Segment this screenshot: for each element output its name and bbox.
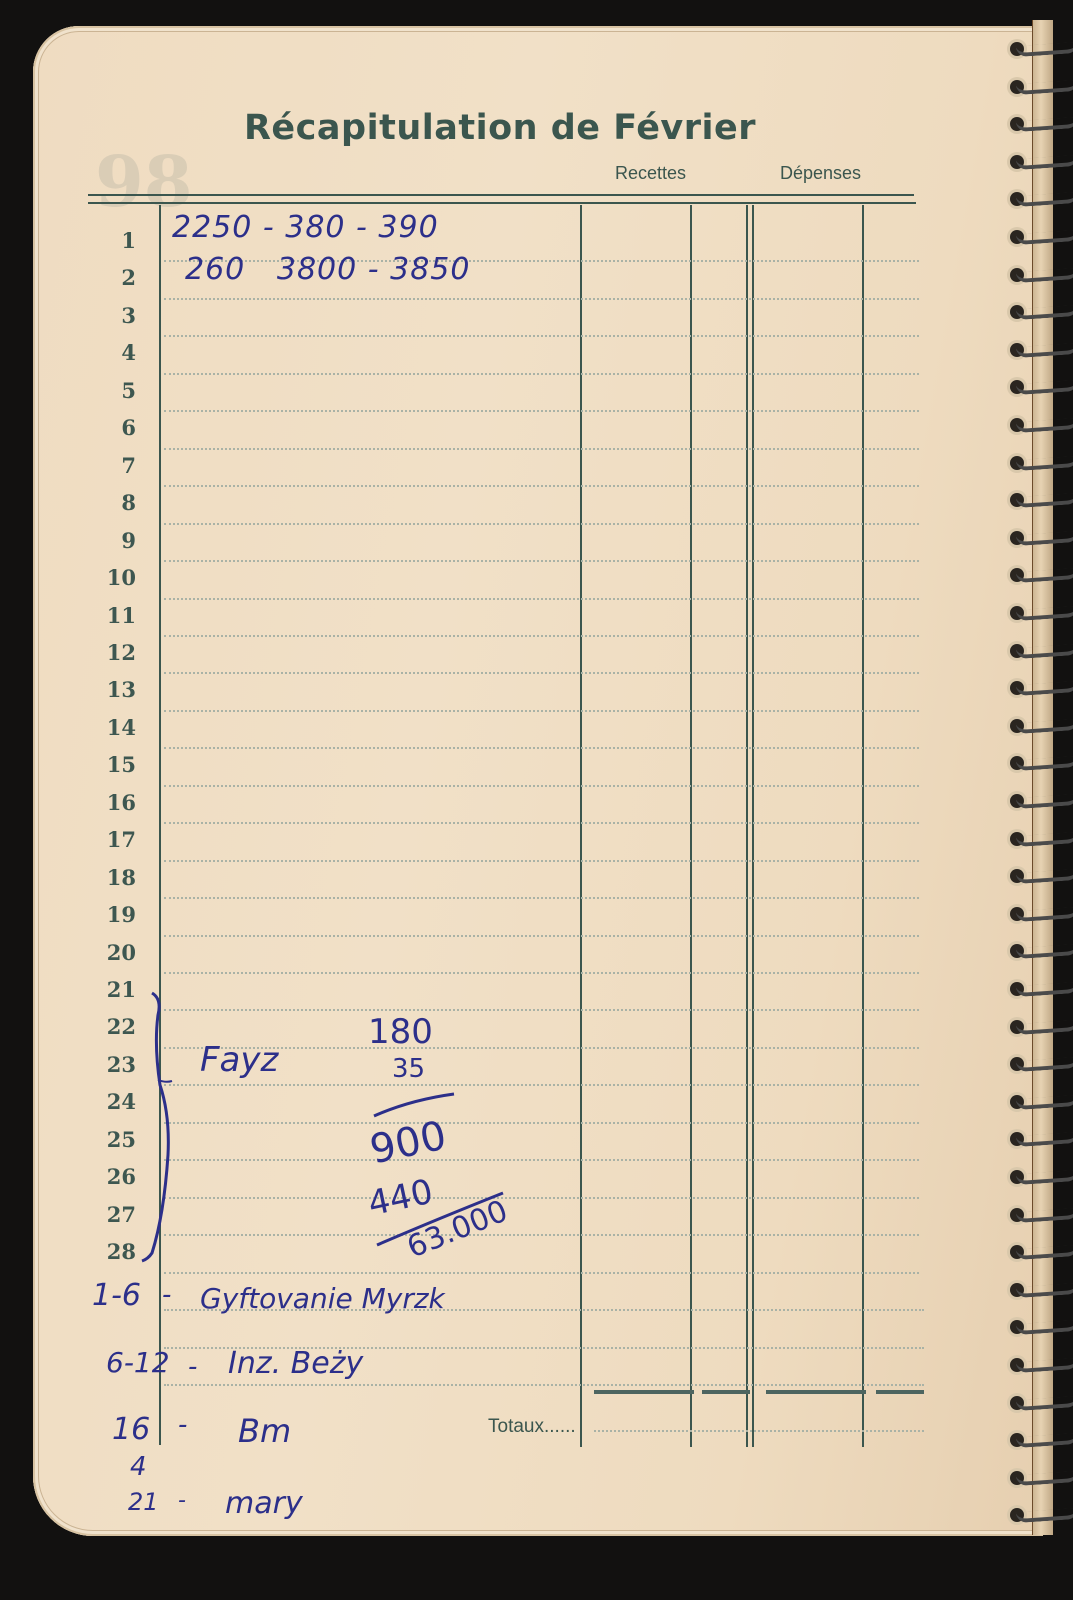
spiral-ring-icon <box>1010 456 1073 470</box>
spiral-ring-icon <box>1010 305 1073 319</box>
spiral-ring-icon <box>1010 155 1073 169</box>
totals-bar-depenses <box>766 1390 866 1394</box>
page-stack-edge <box>1032 20 1053 1535</box>
spiral-ring-icon <box>1010 944 1073 958</box>
column-divider-double-b <box>752 205 754 1447</box>
row-dotted-line <box>164 935 919 937</box>
spiral-ring-icon <box>1010 343 1073 357</box>
note-5-text: mary <box>225 1486 303 1521</box>
totals-bar-depenses-cents <box>876 1390 924 1394</box>
calc-underline-1 <box>370 1090 460 1120</box>
day-number: 21 <box>96 977 136 1002</box>
day-number: 16 <box>96 790 136 815</box>
row-dotted-line <box>164 1084 919 1086</box>
spiral-ring-icon <box>1010 1170 1073 1184</box>
spiral-ring-icon <box>1010 268 1073 282</box>
note-4-range: 4 <box>130 1452 147 1482</box>
day-number: 9 <box>96 528 136 553</box>
spiral-ring-icon <box>1010 418 1073 432</box>
spiral-ring-icon <box>1010 493 1073 507</box>
spiral-ring-icon <box>1010 982 1073 996</box>
row-dotted-line <box>164 1009 919 1011</box>
spiral-ring-icon <box>1010 1245 1073 1259</box>
calc-line-1: 180 <box>368 1012 433 1052</box>
spiral-ring-icon <box>1010 117 1073 131</box>
day-number: 13 <box>96 677 136 702</box>
day-number: 25 <box>96 1127 136 1152</box>
day-number: 8 <box>96 490 136 515</box>
day-number: 26 <box>96 1164 136 1189</box>
day-number: 27 <box>96 1202 136 1227</box>
row-dotted-line <box>164 635 919 637</box>
row-dotted-line <box>164 523 919 525</box>
row-dotted-line <box>164 598 919 600</box>
row-dotted-line <box>164 448 919 450</box>
spiral-ring-icon <box>1010 380 1073 394</box>
totals-dotted-line <box>594 1430 924 1432</box>
spiral-ring-icon <box>1010 1396 1073 1410</box>
handwritten-bracket <box>140 985 190 1265</box>
spiral-ring-icon <box>1010 1095 1073 1109</box>
note-1-text: Gyftovanie Myrzk <box>200 1282 445 1315</box>
day-number: 12 <box>96 640 136 665</box>
header-rule-bottom <box>88 202 916 204</box>
day-number: 24 <box>96 1089 136 1114</box>
day-number: 17 <box>96 827 136 852</box>
day-number: 20 <box>96 940 136 965</box>
spiral-ring-icon <box>1010 719 1073 733</box>
row-dotted-line <box>164 485 919 487</box>
day-number: 28 <box>96 1239 136 1264</box>
row-dotted-line <box>164 860 919 862</box>
spiral-ring-icon <box>1010 192 1073 206</box>
row-dotted-line <box>164 373 919 375</box>
spiral-ring-icon <box>1010 1283 1073 1297</box>
day-number: 22 <box>96 1014 136 1039</box>
note-1-range: 1-6 <box>92 1278 141 1313</box>
row-dotted-line <box>164 1122 919 1124</box>
note-1-dash: - <box>162 1280 171 1310</box>
column-divider-double-a <box>746 205 748 1447</box>
spiral-ring-icon <box>1010 907 1073 921</box>
day-number: 10 <box>96 565 136 590</box>
header-rule-top <box>88 194 914 196</box>
spiral-ring-icon <box>1010 681 1073 695</box>
spiral-ring-icon <box>1010 606 1073 620</box>
row-dotted-line <box>164 897 919 899</box>
spiral-ring-icon <box>1010 1020 1073 1034</box>
spiral-ring-icon <box>1010 531 1073 545</box>
note-3-dash: - <box>178 1410 187 1440</box>
note-2-range: 6-12 <box>106 1346 170 1379</box>
row-dotted-line <box>164 1234 919 1236</box>
day-number: 11 <box>96 603 136 628</box>
row-dotted-line <box>164 1272 919 1274</box>
row-dotted-line <box>164 672 919 674</box>
note-3-text: Bm <box>238 1412 291 1450</box>
spiral-ring-icon <box>1010 832 1073 846</box>
spiral-ring-icon <box>1010 756 1073 770</box>
totals-label: Totaux...... <box>488 1416 576 1438</box>
totals-bar-recettes-cents <box>702 1390 750 1394</box>
note-5-dash: - <box>178 1488 186 1513</box>
note-2-dash: - <box>188 1352 197 1382</box>
day-number: 23 <box>96 1052 136 1077</box>
handwritten-row-1: 2250 - 380 - 390 <box>172 210 439 245</box>
row-dotted-line <box>164 1159 919 1161</box>
day-number: 14 <box>96 715 136 740</box>
row-dotted-line <box>164 972 919 974</box>
day-number: 7 <box>96 453 136 478</box>
row-dotted-line <box>164 710 919 712</box>
spiral-ring-icon <box>1010 1320 1073 1334</box>
row-dotted-line <box>164 335 919 337</box>
spiral-ring-icon <box>1010 1132 1073 1146</box>
spiral-ring-icon <box>1010 1057 1073 1071</box>
note-2-text: Inz. Beży <box>228 1346 363 1381</box>
handwritten-row-2: 260 3800 - 3850 <box>185 252 470 287</box>
day-number: 15 <box>96 752 136 777</box>
spiral-ring-icon <box>1010 42 1073 56</box>
spiral-ring-icon <box>1010 1433 1073 1447</box>
row-dotted-line <box>164 1384 924 1386</box>
spiral-ring-icon <box>1010 794 1073 808</box>
row-dotted-line <box>164 785 919 787</box>
column-divider-depenses-cents <box>862 205 864 1447</box>
calc-line-2: 35 <box>392 1054 425 1084</box>
day-number: 3 <box>96 303 136 328</box>
column-header-depenses: Dépenses <box>780 163 861 184</box>
day-number: 1 <box>96 228 136 253</box>
row-dotted-line <box>164 1197 919 1199</box>
day-number: 2 <box>96 265 136 290</box>
note-5-range: 21 <box>128 1488 159 1516</box>
spiral-ring-icon <box>1010 568 1073 582</box>
note-3-range: 16 <box>112 1412 150 1447</box>
day-number: 18 <box>96 865 136 890</box>
row-dotted-line <box>164 410 919 412</box>
row-dotted-line <box>164 560 919 562</box>
day-number: 19 <box>96 902 136 927</box>
spiral-ring-icon <box>1010 1208 1073 1222</box>
spiral-ring-icon <box>1010 869 1073 883</box>
column-divider-recettes-cents <box>690 205 692 1447</box>
spiral-ring-icon <box>1010 1508 1073 1522</box>
spiral-ring-icon <box>1010 644 1073 658</box>
day-number: 5 <box>96 378 136 403</box>
column-header-recettes: Recettes <box>615 163 686 184</box>
spiral-ring-icon <box>1010 80 1073 94</box>
handwritten-bracket-label: Fayz <box>200 1040 278 1080</box>
day-number: 6 <box>96 415 136 440</box>
day-number: 4 <box>96 340 136 365</box>
totals-bar-recettes <box>594 1390 694 1394</box>
spiral-ring-icon <box>1010 1358 1073 1372</box>
spiral-ring-icon <box>1010 1471 1073 1485</box>
row-dotted-line <box>164 298 919 300</box>
row-dotted-line <box>164 747 919 749</box>
spiral-ring-icon <box>1010 230 1073 244</box>
row-dotted-line <box>164 822 919 824</box>
column-divider-recettes-left <box>580 205 582 1447</box>
page-title: Récapitulation de Février <box>0 108 1000 148</box>
